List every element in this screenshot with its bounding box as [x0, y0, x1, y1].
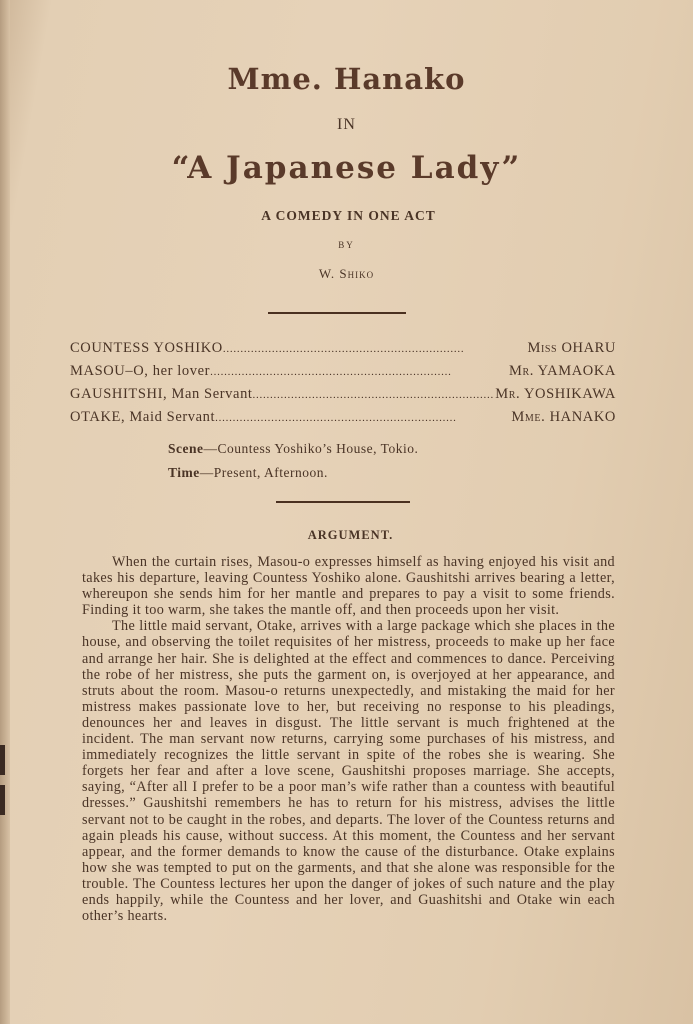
performer-title: Mme. Hanako [0, 62, 693, 96]
program-page: Mme. Hanako IN “A Japanese Lady” A COMED… [0, 0, 693, 1024]
divider-rule [268, 312, 406, 314]
time-line: Time—Present, Afternoon. [168, 465, 328, 481]
by-label: BY [0, 240, 693, 250]
scene-text: —Countess Yoshiko’s House, Tokio. [204, 441, 419, 456]
actor-name: Mme. HANAKO [511, 409, 616, 426]
argument-body: When the curtain rises, Masou-o expresse… [82, 554, 615, 924]
role-name: GAUSHITSHI, Man Servant [70, 386, 253, 403]
actor-name: Mr. YOSHIKAWA [495, 386, 616, 403]
cast-row: COUNTESS YOSHIKO Miss OHARU [70, 340, 616, 363]
author-name: W. Shiko [0, 266, 693, 282]
play-subtitle: A COMEDY IN ONE ACT [2, 208, 693, 224]
actor-name: Mr. YAMAOKA [509, 363, 616, 380]
cast-list: COUNTESS YOSHIKO Miss OHARU MASOU–O, her… [70, 340, 616, 432]
argument-heading: ARGUMENT. [4, 528, 693, 543]
leader-dots [253, 389, 496, 401]
role-name: MASOU–O, her lover [70, 363, 210, 380]
leader-dots [223, 343, 528, 355]
role-name: COUNTESS YOSHIKO [70, 340, 223, 357]
leader-dots [210, 366, 509, 378]
leader-dots [215, 412, 511, 424]
time-text: —Present, Afternoon. [200, 465, 328, 480]
scene-label: Scene [168, 441, 204, 456]
cast-row: OTAKE, Maid Servant Mme. HANAKO [70, 409, 616, 432]
divider-rule [276, 501, 410, 503]
play-title: “A Japanese Lady” [0, 150, 693, 186]
time-label: Time [168, 465, 200, 480]
actor-name: Miss OHARU [527, 340, 616, 357]
argument-paragraph: When the curtain rises, Masou-o expresse… [82, 554, 615, 618]
scene-line: Scene—Countess Yoshiko’s House, Tokio. [168, 441, 418, 457]
role-name: OTAKE, Maid Servant [70, 409, 215, 426]
in-label: IN [0, 116, 693, 134]
cast-row: GAUSHITSHI, Man Servant Mr. YOSHIKAWA [70, 386, 616, 409]
argument-paragraph: The little maid servant, Otake, arrives … [82, 618, 615, 924]
cast-row: MASOU–O, her lover Mr. YAMAOKA [70, 363, 616, 386]
